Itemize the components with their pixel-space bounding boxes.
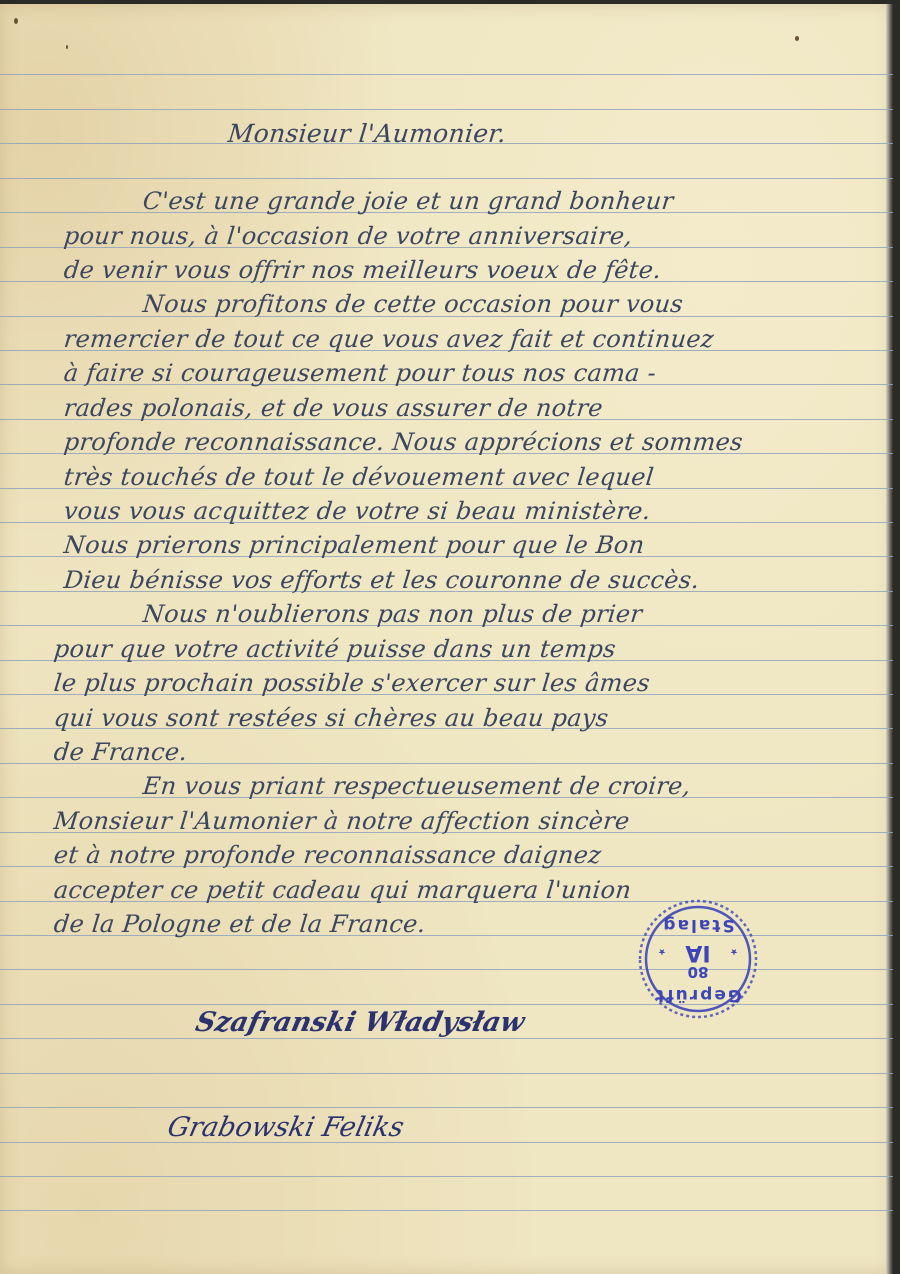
paper-speck — [795, 36, 799, 41]
letter-page: Monsieur l'Aumonier. C'est une grande jo… — [0, 4, 893, 1274]
body-line: En vous priant respectueusement de croir… — [142, 772, 693, 800]
body-line: profonde reconnaissance. Nous apprécions… — [63, 428, 745, 456]
body-line: de venir vous offrir nos meilleurs voeux… — [63, 256, 663, 284]
body-line: Monsieur l'Aumonier à notre affection si… — [53, 807, 632, 835]
ruled-line — [0, 1176, 893, 1177]
stalag-stamp: ★ ★ Geprüft 80 IA Stalag — [636, 897, 760, 1021]
ruled-line — [0, 1210, 893, 1211]
body-line: de France. — [53, 738, 189, 766]
ruled-line — [0, 1142, 893, 1143]
body-line: accepter ce petit cadeau qui marquera l'… — [53, 876, 633, 904]
stamp-camp: IA — [636, 940, 760, 965]
body-line: qui vous sont restées si chères au beau … — [53, 704, 610, 732]
signature-grabowski: Grabowski Feliks — [165, 1112, 407, 1143]
body-line: vous vous acquittez de votre si beau min… — [63, 497, 653, 525]
paper-speck — [14, 18, 18, 24]
body-line: le plus prochain possible s'exercer sur … — [53, 669, 652, 697]
stamp-top-text: Geprüft — [636, 985, 760, 1005]
ruled-line — [0, 109, 893, 110]
body-line: très touchés de tout le dévouement avec … — [63, 463, 656, 491]
stamp-bottom-text: Stalag — [636, 915, 760, 935]
body-line: remercier de tout ce que vous avez fait … — [63, 325, 716, 353]
ruled-line — [0, 1038, 893, 1039]
paper-speck — [66, 45, 68, 49]
body-line: pour nous, à l'occasion de votre anniver… — [63, 222, 634, 250]
body-line: de la Pologne et de la France. — [53, 910, 428, 938]
body-line: et à notre profonde reconnaissance daign… — [53, 841, 603, 869]
body-line: pour que votre activité puisse dans un t… — [53, 635, 618, 663]
ruled-line — [0, 74, 893, 75]
signature-szafranski: Szafranski Władysław — [193, 1007, 528, 1038]
ruled-line — [0, 178, 893, 179]
body-line: Nous profitons de cette occasion pour vo… — [142, 290, 685, 318]
page-edge — [886, 4, 893, 1274]
body-line: Nous n'oublierons pas non plus de prier — [142, 600, 644, 628]
body-line: à faire si courageusement pour tous nos … — [63, 359, 658, 387]
body-line: Dieu bénisse vos efforts et les couronne… — [63, 566, 701, 594]
stamp-number: 80 — [636, 963, 760, 981]
ruled-line — [0, 1073, 893, 1074]
body-line: Nous prierons principalement pour que le… — [63, 531, 646, 559]
body-line: C'est une grande joie et un grand bonheu… — [142, 187, 675, 215]
ruled-line — [0, 1107, 893, 1108]
salutation: Monsieur l'Aumonier. — [226, 119, 507, 148]
body-line: rades polonais, et de vous assurer de no… — [63, 394, 605, 422]
